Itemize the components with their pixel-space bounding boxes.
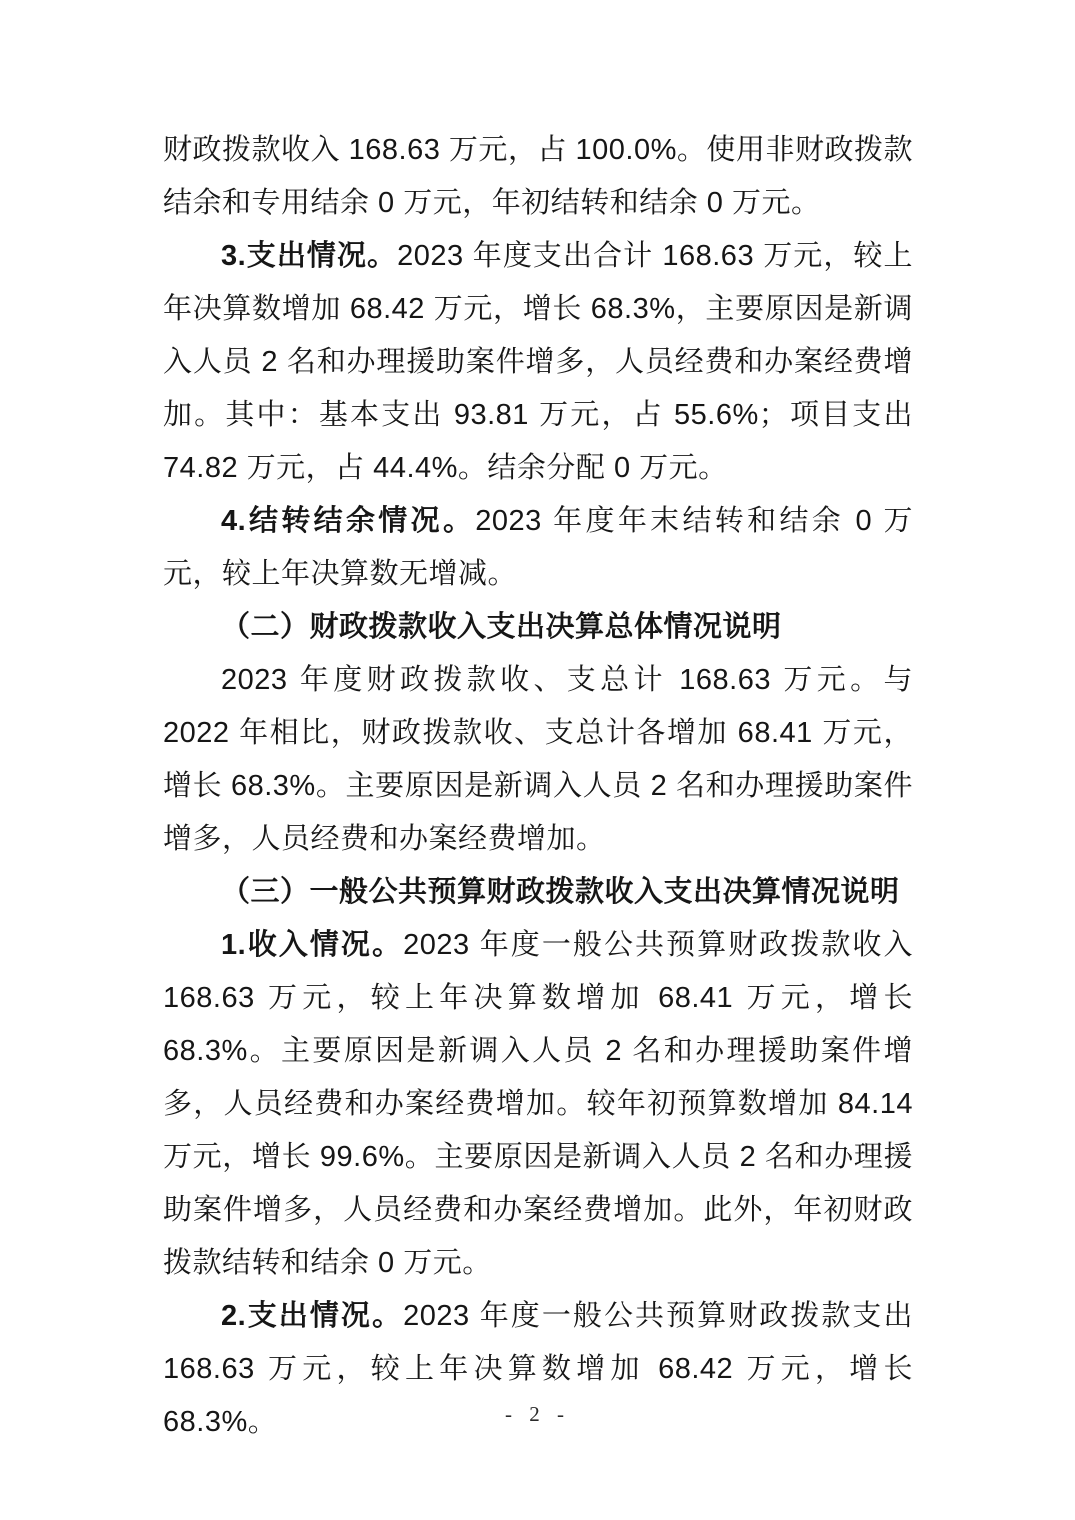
heading-text: （二）财政拨款收入支出决算总体情况说明: [221, 611, 782, 643]
paragraph-carryover-overview: 4.结转结余情况。2023 年度年末结转和结余 0 万元，较上年决算数无增减。: [163, 495, 913, 601]
paragraph-fiscal-appropriation-total: 2023 年度财政拨款收、支总计 168.63 万元。与 2022 年相比，财政…: [163, 654, 913, 866]
paragraph-general-budget-income: 1.收入情况。2023 年度一般公共预算财政拨款收入 168.63 万元，较上年…: [163, 919, 913, 1290]
paragraph-text: 财政拨款收入 168.63 万元，占 100.0%。使用非财政拨款结余和专用结余…: [163, 134, 913, 219]
document-page: 财政拨款收入 168.63 万元，占 100.0%。使用非财政拨款结余和专用结余…: [0, 0, 1075, 1520]
paragraph-continuation-income: 财政拨款收入 168.63 万元，占 100.0%。使用非财政拨款结余和专用结余…: [163, 124, 913, 230]
page-number: - 2 -: [0, 1402, 1075, 1427]
heading-section-3: （三）一般公共预算财政拨款收入支出决算情况说明: [163, 866, 913, 919]
paragraph-text: 2023 年度财政拨款收、支总计 168.63 万元。与 2022 年相比，财政…: [163, 664, 913, 855]
paragraph-expenditure-overview: 3.支出情况。2023 年度支出合计 168.63 万元，较上年决算数增加 68…: [163, 230, 913, 495]
paragraph-lead-label: 4.结转结余情况。: [221, 505, 475, 537]
heading-text: （三）一般公共预算财政拨款收入支出决算情况说明: [221, 876, 900, 908]
paragraph-lead-label: 2.支出情况。: [221, 1300, 403, 1332]
paragraph-text: 2023 年度支出合计 168.63 万元，较上年决算数增加 68.42 万元，…: [163, 240, 913, 484]
paragraph-lead-label: 1.收入情况。: [221, 929, 403, 961]
paragraph-text: 2023 年度一般公共预算财政拨款收入 168.63 万元，较上年决算数增加 6…: [163, 929, 913, 1279]
paragraph-lead-label: 3.支出情况。: [221, 240, 397, 272]
document-body: 财政拨款收入 168.63 万元，占 100.0%。使用非财政拨款结余和专用结余…: [163, 124, 913, 1449]
heading-section-2: （二）财政拨款收入支出决算总体情况说明: [163, 601, 913, 654]
